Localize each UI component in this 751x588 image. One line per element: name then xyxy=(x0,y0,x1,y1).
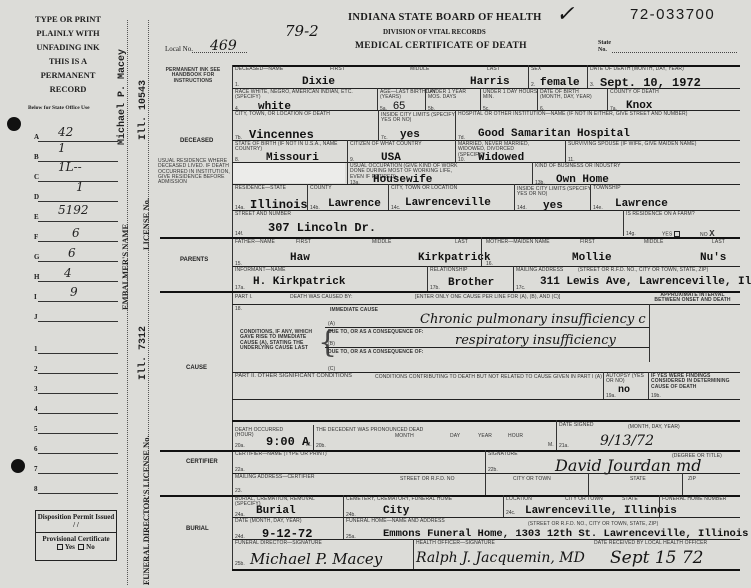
deceased-first-name: Dixie xyxy=(302,76,335,88)
under-1-year-label: UNDER 1 YEAR MOS. DAYS xyxy=(428,90,478,101)
spouse-label: SURVIVING SPOUSE (IF WIFE, GIVE MAIDEN N… xyxy=(568,142,697,147)
disposition-permit-label: Disposition Permit Issued xyxy=(38,513,115,521)
date-signed-label: DATE SIGNED xyxy=(559,423,594,428)
relationship-value: Brother xyxy=(448,277,494,289)
residence-inside-label: INSIDE CITY LIMITS (SPECIFY YES OR NO) xyxy=(517,187,592,198)
hospital-value: Good Samaritan Hospital xyxy=(478,128,630,140)
handwritten-note: 79-2 xyxy=(285,22,319,40)
am-pm-suffix: M. xyxy=(306,443,312,448)
ledger-label: 1 xyxy=(34,345,38,353)
no-label: No xyxy=(86,543,95,551)
mother-label: MOTHER—MAIDEN NAME xyxy=(486,240,550,245)
ledger-value: 42 xyxy=(58,125,73,139)
citizen-label: CITIZEN OF WHAT COUNTRY xyxy=(350,142,422,147)
ledger-value: 6 xyxy=(68,246,76,260)
health-officer-label: HEALTH OFFICER—SIGNATURE xyxy=(416,541,495,546)
mother-middle-label: MIDDLE xyxy=(644,240,664,245)
ledger-value: 6 xyxy=(72,226,80,240)
business-label: KIND OF BUSINESS OR INDUSTRY xyxy=(535,164,621,169)
license-label: LICENSE No. xyxy=(141,198,151,250)
death-certificate: TYPE OR PRINT PLAINLY WITH UNFADING INK … xyxy=(0,0,751,588)
blank-redaction xyxy=(233,163,345,183)
mailing-label: MAILING ADDRESS xyxy=(516,268,563,273)
street-value: 307 Lincoln Dr. xyxy=(268,221,376,235)
yes-label: Yes xyxy=(65,543,75,551)
ledger-label: G xyxy=(34,253,39,261)
residence-county-label: COUNTY xyxy=(310,186,332,191)
part2-sublabel: CONDITIONS CONTRIBUTING TO DEATH BUT NOT… xyxy=(375,375,605,380)
ledger-label: 5 xyxy=(34,425,38,433)
immediate-cause-label: IMMEDIATE CAUSE xyxy=(330,308,378,313)
first-label: FIRST xyxy=(330,67,345,72)
section-parents: PARENTS xyxy=(180,257,208,263)
residence-state-label: RESIDENCE—STATE xyxy=(235,186,286,191)
death-occurred-value: 9:00 A xyxy=(266,435,309,449)
pronounced-hour-label: HOUR xyxy=(508,434,523,439)
punch-hole xyxy=(7,117,21,131)
ledger-label: B xyxy=(34,153,39,161)
certifier-address-label: MAILING ADDRESS—CERTIFIER xyxy=(235,475,315,480)
ledger-label: 2 xyxy=(34,365,38,373)
date-signed-sublabel: (MONTH, DAY, YEAR) xyxy=(628,425,680,430)
ledger-label: E xyxy=(34,213,39,221)
disposition-permit-box: Disposition Permit Issued / / Provisiona… xyxy=(35,510,117,561)
ledger-label: 3 xyxy=(34,385,38,393)
ledger-value: 9 xyxy=(70,285,78,299)
father-last-label: LAST xyxy=(455,240,468,245)
hospital-label: HOSPITAL OR OTHER INSTITUTION—NAME (IF N… xyxy=(458,112,687,117)
father-label: FATHER—NAME xyxy=(235,240,275,245)
county-of-death-label: COUNTY OF DEATH xyxy=(610,90,659,95)
under-1-day-label: UNDER 1 DAY HOURS MIN. xyxy=(483,90,538,101)
inside-city-limits-label: INSIDE CITY LIMITS (SPECIFY YES OR NO) xyxy=(381,113,461,124)
instruction-line: PLAINLY WITH xyxy=(8,26,128,40)
due-to-label: DUE TO, OR AS A CONSEQUENCE OF: xyxy=(328,350,424,355)
ledger-label: H xyxy=(34,273,39,281)
cemetery-value: City xyxy=(383,505,409,517)
certifier-zip-label: ZIP xyxy=(688,477,696,482)
date-received-value: Sept 15 72 xyxy=(610,548,704,568)
caused-by-label: DEATH WAS CAUSED BY: xyxy=(290,295,353,300)
signature-label: SIGNATURE xyxy=(488,452,518,457)
burial-date-label: DATE (MONTH, DAY, YEAR) xyxy=(235,519,302,524)
health-officer-signature: Ralph J. Jacquemin, MD xyxy=(416,550,585,566)
informant-value: H. Kirkpatrick xyxy=(253,276,345,288)
part1-label: PART I. xyxy=(235,295,253,300)
father-first-label: FIRST xyxy=(296,240,311,245)
cemetery-label: CEMETERY, CREMATORY, FUNERAL HOME xyxy=(346,497,452,502)
usual-residence-note: USUAL RESIDENCE WHERE DECEASED LIVED. IF… xyxy=(158,159,230,185)
field-number: 24c. xyxy=(506,510,515,516)
field-number: 13a. xyxy=(350,180,360,186)
checkmark: ✓ xyxy=(556,2,574,27)
conditions-note: CONDITIONS, IF ANY, WHICH GAVE RISE TO I… xyxy=(240,330,318,351)
ledger-label: C xyxy=(34,173,39,181)
ledger-label: 6 xyxy=(34,445,38,453)
embalmer-name-value: Michael P. Macey xyxy=(117,49,128,145)
certifier-name-label: CERTIFIER—NAME (TYPE OR PRINT) xyxy=(235,452,327,457)
informant-label: INFORMANT—NAME xyxy=(235,268,286,273)
provisional-no-checkbox[interactable] xyxy=(78,544,84,550)
fd-signature-value: Michael P. Macey xyxy=(250,550,382,568)
section-deceased: DECEASED xyxy=(180,138,213,144)
part2-label: PART II. OTHER SIGNIFICANT CONDITIONS xyxy=(235,374,352,380)
mailing-sublabel: (STREET OR R.F.D. NO., CITY OR TOWN, STA… xyxy=(578,268,708,273)
ledger-label: I xyxy=(34,293,37,301)
disposition-value: Burial xyxy=(256,505,296,517)
father-first-value: Haw xyxy=(290,252,310,264)
deceased-last-name: Harris xyxy=(470,76,510,88)
race-label: RACE WHITE, NEGRO, AMERICAN INDIAN, ETC.… xyxy=(235,90,375,101)
location-label: LOCATION xyxy=(506,497,532,502)
section-burial: BURIAL xyxy=(186,526,209,532)
residence-city-value: Lawrenceville xyxy=(405,197,491,209)
mother-last-value: Nu's xyxy=(700,252,726,264)
permanent-ink-note: PERMANENT INK SEE HANDBOOK FOR INSTRUCTI… xyxy=(158,68,228,84)
location-value: Lawrenceville, Illinois xyxy=(525,505,677,517)
ledger-label: 8 xyxy=(34,485,38,493)
field-number: 18. xyxy=(235,306,242,312)
date-signed-value: 9/13/72 xyxy=(600,433,654,449)
birth-state-label: STATE OF BIRTH (IF NOT IN U.S.A., NAME C… xyxy=(235,142,345,153)
mother-first-value: Mollie xyxy=(572,252,612,264)
funeral-home-label: FUNERAL HOME—NAME AND ADDRESS xyxy=(346,519,445,524)
embalmer-name-label: EMBALMER'S NAME xyxy=(120,224,130,310)
ledger-value: 1L-- xyxy=(58,160,82,174)
middle-label: MIDDLE xyxy=(410,67,430,72)
ledger-value: 1 xyxy=(76,180,84,194)
ledger-label: J xyxy=(34,313,38,321)
cause-b-value: respiratory insufficiency xyxy=(455,333,616,348)
funeral-home-number-label: FUNERAL HOME NUMBER xyxy=(662,497,727,502)
field-number: 20a. xyxy=(235,443,245,449)
certifier-state-label: STATE xyxy=(630,477,646,482)
certifier-city-label: CITY OR TOWN xyxy=(513,477,551,482)
fd-license-value: Ill. 7312 xyxy=(138,326,149,380)
township-value: Lawrence xyxy=(615,198,668,210)
field-number: 21a. xyxy=(559,443,569,449)
enter-cause-instruction: [ENTER ONLY ONE CAUSE PER LINE FOR (a), … xyxy=(415,295,560,300)
findings-label: IF YES WERE FINDINGS CONSIDERED IN DETER… xyxy=(651,374,739,390)
local-no-value: 469 xyxy=(210,38,237,54)
fd-license-label: FUNERAL DIRECTOR'S LICENSE No. xyxy=(141,435,151,585)
mother-first-label: FIRST xyxy=(580,240,595,245)
pronounced-year-label: YEAR xyxy=(478,434,492,439)
field-number: 20b. xyxy=(316,443,326,449)
ledger-label: A xyxy=(34,133,39,141)
autopsy-label: AUTOPSY (YES OR NO) xyxy=(606,374,651,385)
mother-last-label: LAST xyxy=(712,240,725,245)
instructions-block: TYPE OR PRINT PLAINLY WITH UNFADING INK … xyxy=(8,12,128,96)
field-number: 23. xyxy=(235,488,242,494)
pronounced-month-label: MONTH xyxy=(395,434,414,439)
autopsy-value: no xyxy=(618,385,630,396)
disposition-date: / / xyxy=(73,521,79,529)
field-number: 25b. xyxy=(235,561,245,567)
relationship-label: RELATIONSHIP xyxy=(430,268,468,273)
certificate-title: MEDICAL CERTIFICATE OF DEATH xyxy=(355,41,527,51)
farm-label: IS RESIDENCE ON A FARM? xyxy=(626,212,695,217)
ledger-label: 7 xyxy=(34,465,38,473)
instruction-line: RECORD xyxy=(8,82,128,96)
am-pm-suffix: M. xyxy=(548,443,554,448)
local-no-label: Local No. xyxy=(165,45,193,53)
due-to-label: DUE TO, OR AS A CONSEQUENCE OF: xyxy=(328,330,424,335)
fd-signature-label: FUNERAL DIRECTOR—SIGNATURE xyxy=(235,541,322,546)
location-state-label: STATE xyxy=(622,497,638,502)
section-certifier: CERTIFIER xyxy=(186,459,218,465)
name-label: DECEASED—NAME xyxy=(235,67,283,72)
ledger-value: 5192 xyxy=(58,203,89,217)
instruction-line: THIS IS A xyxy=(8,54,128,68)
ledger-value: 4 xyxy=(64,266,72,280)
instruction-line: UNFADING INK xyxy=(8,40,128,54)
pronounced-day-label: DAY xyxy=(450,434,460,439)
license-value: Ill. 10543 xyxy=(138,80,149,140)
father-middle-label: MIDDLE xyxy=(372,240,392,245)
mailing-value: 311 Lewis Ave, Lawrenceville, Ill xyxy=(540,276,751,288)
instruction-line: TYPE OR PRINT xyxy=(8,12,128,26)
street-label: STREET AND NUMBER xyxy=(235,212,291,217)
ledger-value: 1 xyxy=(58,141,66,155)
ledger-label: D xyxy=(34,193,39,201)
date-of-death-label: DATE OF DEATH (MONTH, DAY, YEAR) xyxy=(590,67,684,72)
township-label: TOWNSHIP xyxy=(593,186,621,191)
residence-city-label: CITY, TOWN OR LOCATION xyxy=(391,186,457,191)
residence-county-value: Lawrence xyxy=(328,198,381,210)
division-title: DIVISION OF VITAL RECORDS xyxy=(383,28,486,36)
location-city-label: CITY OR TOWN xyxy=(565,497,603,502)
funeral-home-sublabel: (STREET OR R.F.D. NO., CITY OR TOWN, STA… xyxy=(528,522,658,527)
father-last-value: Kirkpatrick xyxy=(418,252,491,264)
date-received-label: DATE RECEIVED BY LOCAL HEALTH OFFICER xyxy=(594,541,707,546)
interval-label: APPROXIMATE INTERVAL BETWEEN ONSET AND D… xyxy=(650,293,735,304)
last-label: LAST xyxy=(487,67,500,72)
cause-a-value: Chronic pulmonary insufficiency c xyxy=(420,312,646,327)
instruction-line: PERMANENT xyxy=(8,68,128,82)
section-cause: CAUSE xyxy=(186,365,207,371)
state-office-label: Below for State Office Use xyxy=(28,105,90,111)
dob-label: DATE OF BIRTH (MONTH, DAY, YEAR) xyxy=(540,90,600,101)
punch-hole xyxy=(11,459,25,473)
state-no-value: 72-033700 xyxy=(630,6,715,23)
board-title: INDIANA STATE BOARD OF HEALTH xyxy=(348,12,542,23)
ledger-label: 4 xyxy=(34,405,38,413)
sex-label: SEX xyxy=(531,67,541,72)
city-of-death-label: CITY, TOWN, OR LOCATION OF DEATH xyxy=(235,112,330,117)
certifier-street-label: STREET OR R.F.D. NO xyxy=(400,477,455,482)
provisional-yes-checkbox[interactable] xyxy=(57,544,63,550)
provisional-label: Provisional Certificate xyxy=(36,535,116,543)
ledger-label: F xyxy=(34,233,38,241)
